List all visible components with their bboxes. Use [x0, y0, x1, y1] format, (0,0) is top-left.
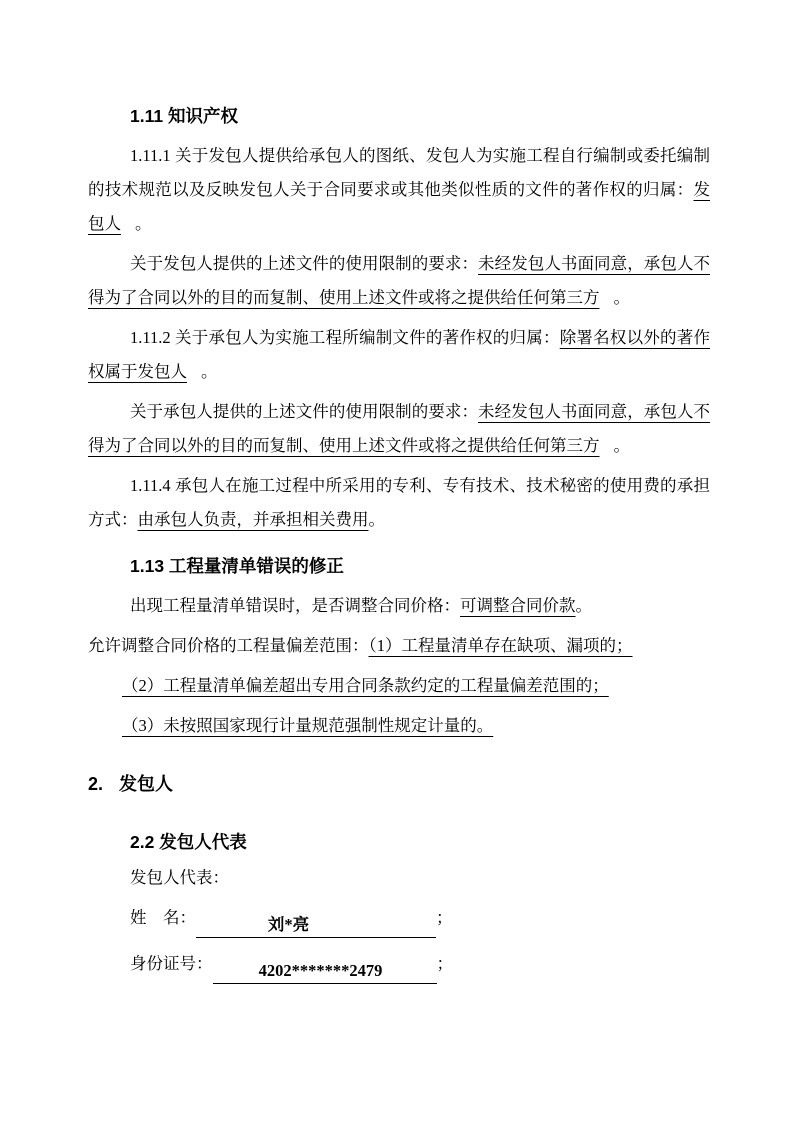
contract-document-page: 1.11 知识产权 1.11.1 关于发包人提供给承包人的图纸、发包人为实施工程… — [0, 0, 793, 1123]
heading-employer-representative: 2.2 发包人代表 — [88, 829, 710, 855]
representative-name-value: 刘*亮 — [196, 913, 436, 938]
clause-1-11-4: 1.11.4 承包人在施工过程中所采用的专利、专有技术、技术秘密的使用费的承担方… — [88, 469, 710, 537]
representative-id-value: 4202*******2479 — [213, 959, 437, 984]
representative-name-label: 姓 名： — [130, 908, 196, 927]
clause-contractor-docs-restriction-text: 关于承包人提供的上述文件的使用限制的要求： — [130, 402, 478, 421]
clause-1-11-2: 1.11.2 关于承包人为实施工程所编制文件的著作权的归属：除署名权以外的著作权… — [88, 321, 710, 389]
heading-intellectual-property: 1.11 知识产权 — [88, 103, 710, 129]
clause-boq-adjust-fill: 可调整合同价款 — [460, 596, 576, 615]
clause-boq-deviation-range-text: 允许调整合同价格的工程量偏差范围： — [88, 636, 369, 655]
representative-name-semicolon: ； — [436, 908, 453, 927]
clause-employer-docs-restriction-period: 。 — [614, 288, 631, 307]
clause-boq-deviation-item2: （2）工程量清单偏差超出专用合同条款约定的工程量偏差范围的； — [122, 676, 623, 695]
clause-contractor-docs-restriction: 关于承包人提供的上述文件的使用限制的要求：未经发包人书面同意，承包人不得为了合同… — [88, 395, 710, 463]
clause-1-11-4-period: 。 — [369, 510, 386, 529]
clause-1-11-2-period: 。 — [201, 362, 218, 381]
clause-boq-deviation-item3-line: （3）未按照国家现行计量规范强制性规定计量的。 — [88, 709, 710, 743]
representative-name-line: 姓 名：刘*亮； — [88, 895, 710, 941]
clause-1-11-4-fill: 由承包人负责，并承担相关费用 — [138, 510, 369, 529]
heading-employer-title: 发包人 — [119, 771, 173, 797]
clause-boq-deviation-item2-line: （2）工程量清单偏差超出专用合同条款约定的工程量偏差范围的； — [88, 669, 710, 703]
clause-employer-docs-restriction: 关于发包人提供的上述文件的使用限制的要求：未经发包人书面同意，承包人不得为了合同… — [88, 247, 710, 315]
clause-1-11-2-text: 1.11.2 关于承包人为实施工程所编制文件的著作权的归属： — [130, 328, 560, 347]
heading-employer: 2.发包人 — [88, 771, 710, 797]
clause-1-11-1-text: 1.11.1 关于发包人提供给承包人的图纸、发包人为实施工程自行编制或委托编制的… — [88, 146, 710, 199]
clause-boq-adjust: 出现工程量清单错误时，是否调整合同价格：可调整合同价款。 — [88, 589, 710, 623]
heading-boq-correction: 1.13 工程量清单错误的修正 — [88, 553, 710, 579]
clause-contractor-docs-restriction-period: 。 — [614, 436, 631, 455]
representative-id-line: 身份证号：4202*******2479； — [88, 941, 710, 987]
representative-id-semicolon: ； — [437, 954, 454, 973]
clause-boq-deviation-item3: （3）未按照国家现行计量规范强制性规定计量的。 — [122, 716, 507, 735]
clause-boq-deviation-range: 允许调整合同价格的工程量偏差范围：（1）工程量清单存在缺项、漏项的； — [88, 629, 710, 663]
clause-1-11-1-period: 。 — [135, 214, 152, 233]
heading-employer-number: 2. — [88, 771, 103, 797]
employer-representative-intro: 发包人代表： — [88, 861, 710, 895]
clause-employer-docs-restriction-text: 关于发包人提供的上述文件的使用限制的要求： — [130, 254, 478, 273]
clause-1-11-1: 1.11.1 关于发包人提供给承包人的图纸、发包人为实施工程自行编制或委托编制的… — [88, 139, 710, 241]
clause-boq-deviation-item1: （1）工程量清单存在缺项、漏项的； — [369, 636, 647, 655]
clause-boq-adjust-period: 。 — [576, 596, 593, 615]
representative-id-label: 身份证号： — [130, 954, 213, 973]
clause-boq-adjust-text: 出现工程量清单错误时，是否调整合同价格： — [130, 596, 460, 615]
